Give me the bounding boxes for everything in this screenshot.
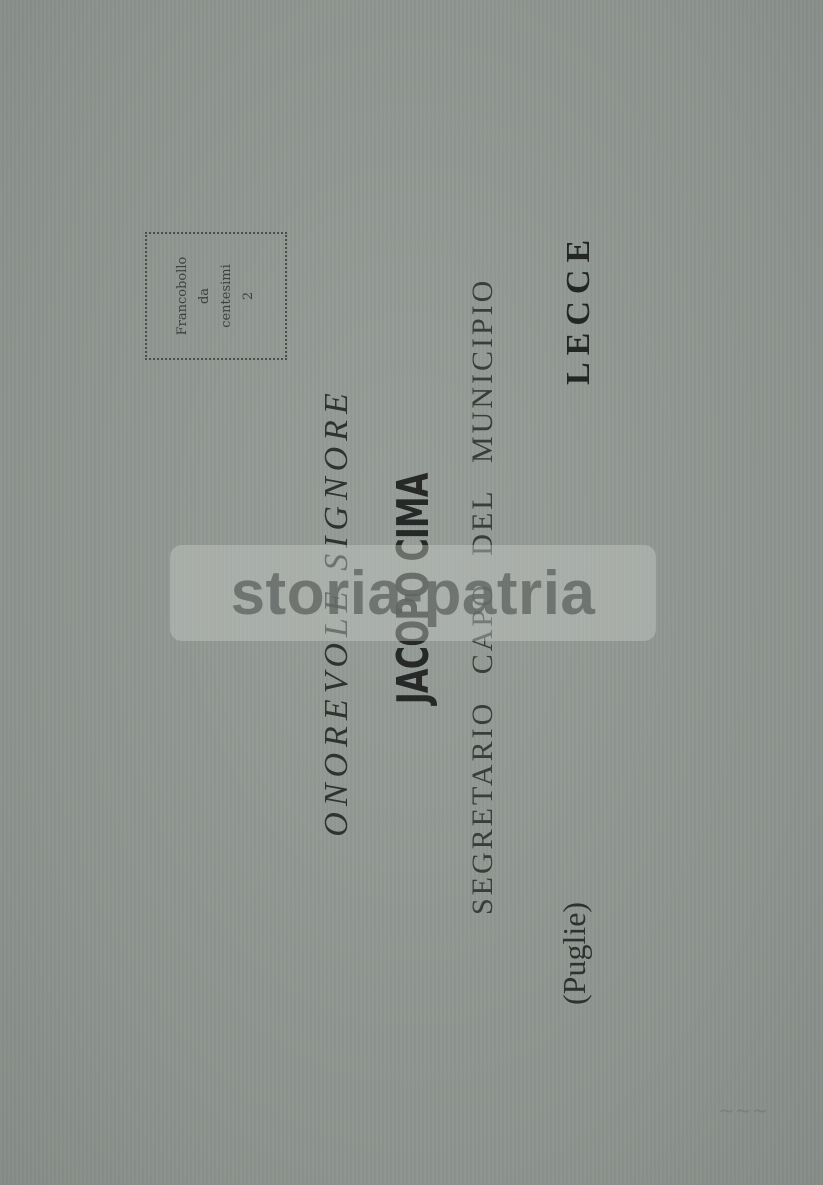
stamp-line: da xyxy=(194,288,216,304)
stamp-placeholder-box: Francobollo da centesimi 2 xyxy=(145,232,287,360)
watermark-banner: storia-patria xyxy=(170,545,656,641)
watermark-text: storia-patria xyxy=(231,558,596,629)
stamp-line: centesimi xyxy=(216,264,238,328)
stamp-line: Francobollo xyxy=(172,257,194,336)
pencil-annotation: ~~~ xyxy=(718,1098,768,1122)
address-city: LECCE xyxy=(560,233,598,385)
address-region: (Puglie) xyxy=(556,902,593,1005)
stamp-line: 2 xyxy=(238,292,260,300)
